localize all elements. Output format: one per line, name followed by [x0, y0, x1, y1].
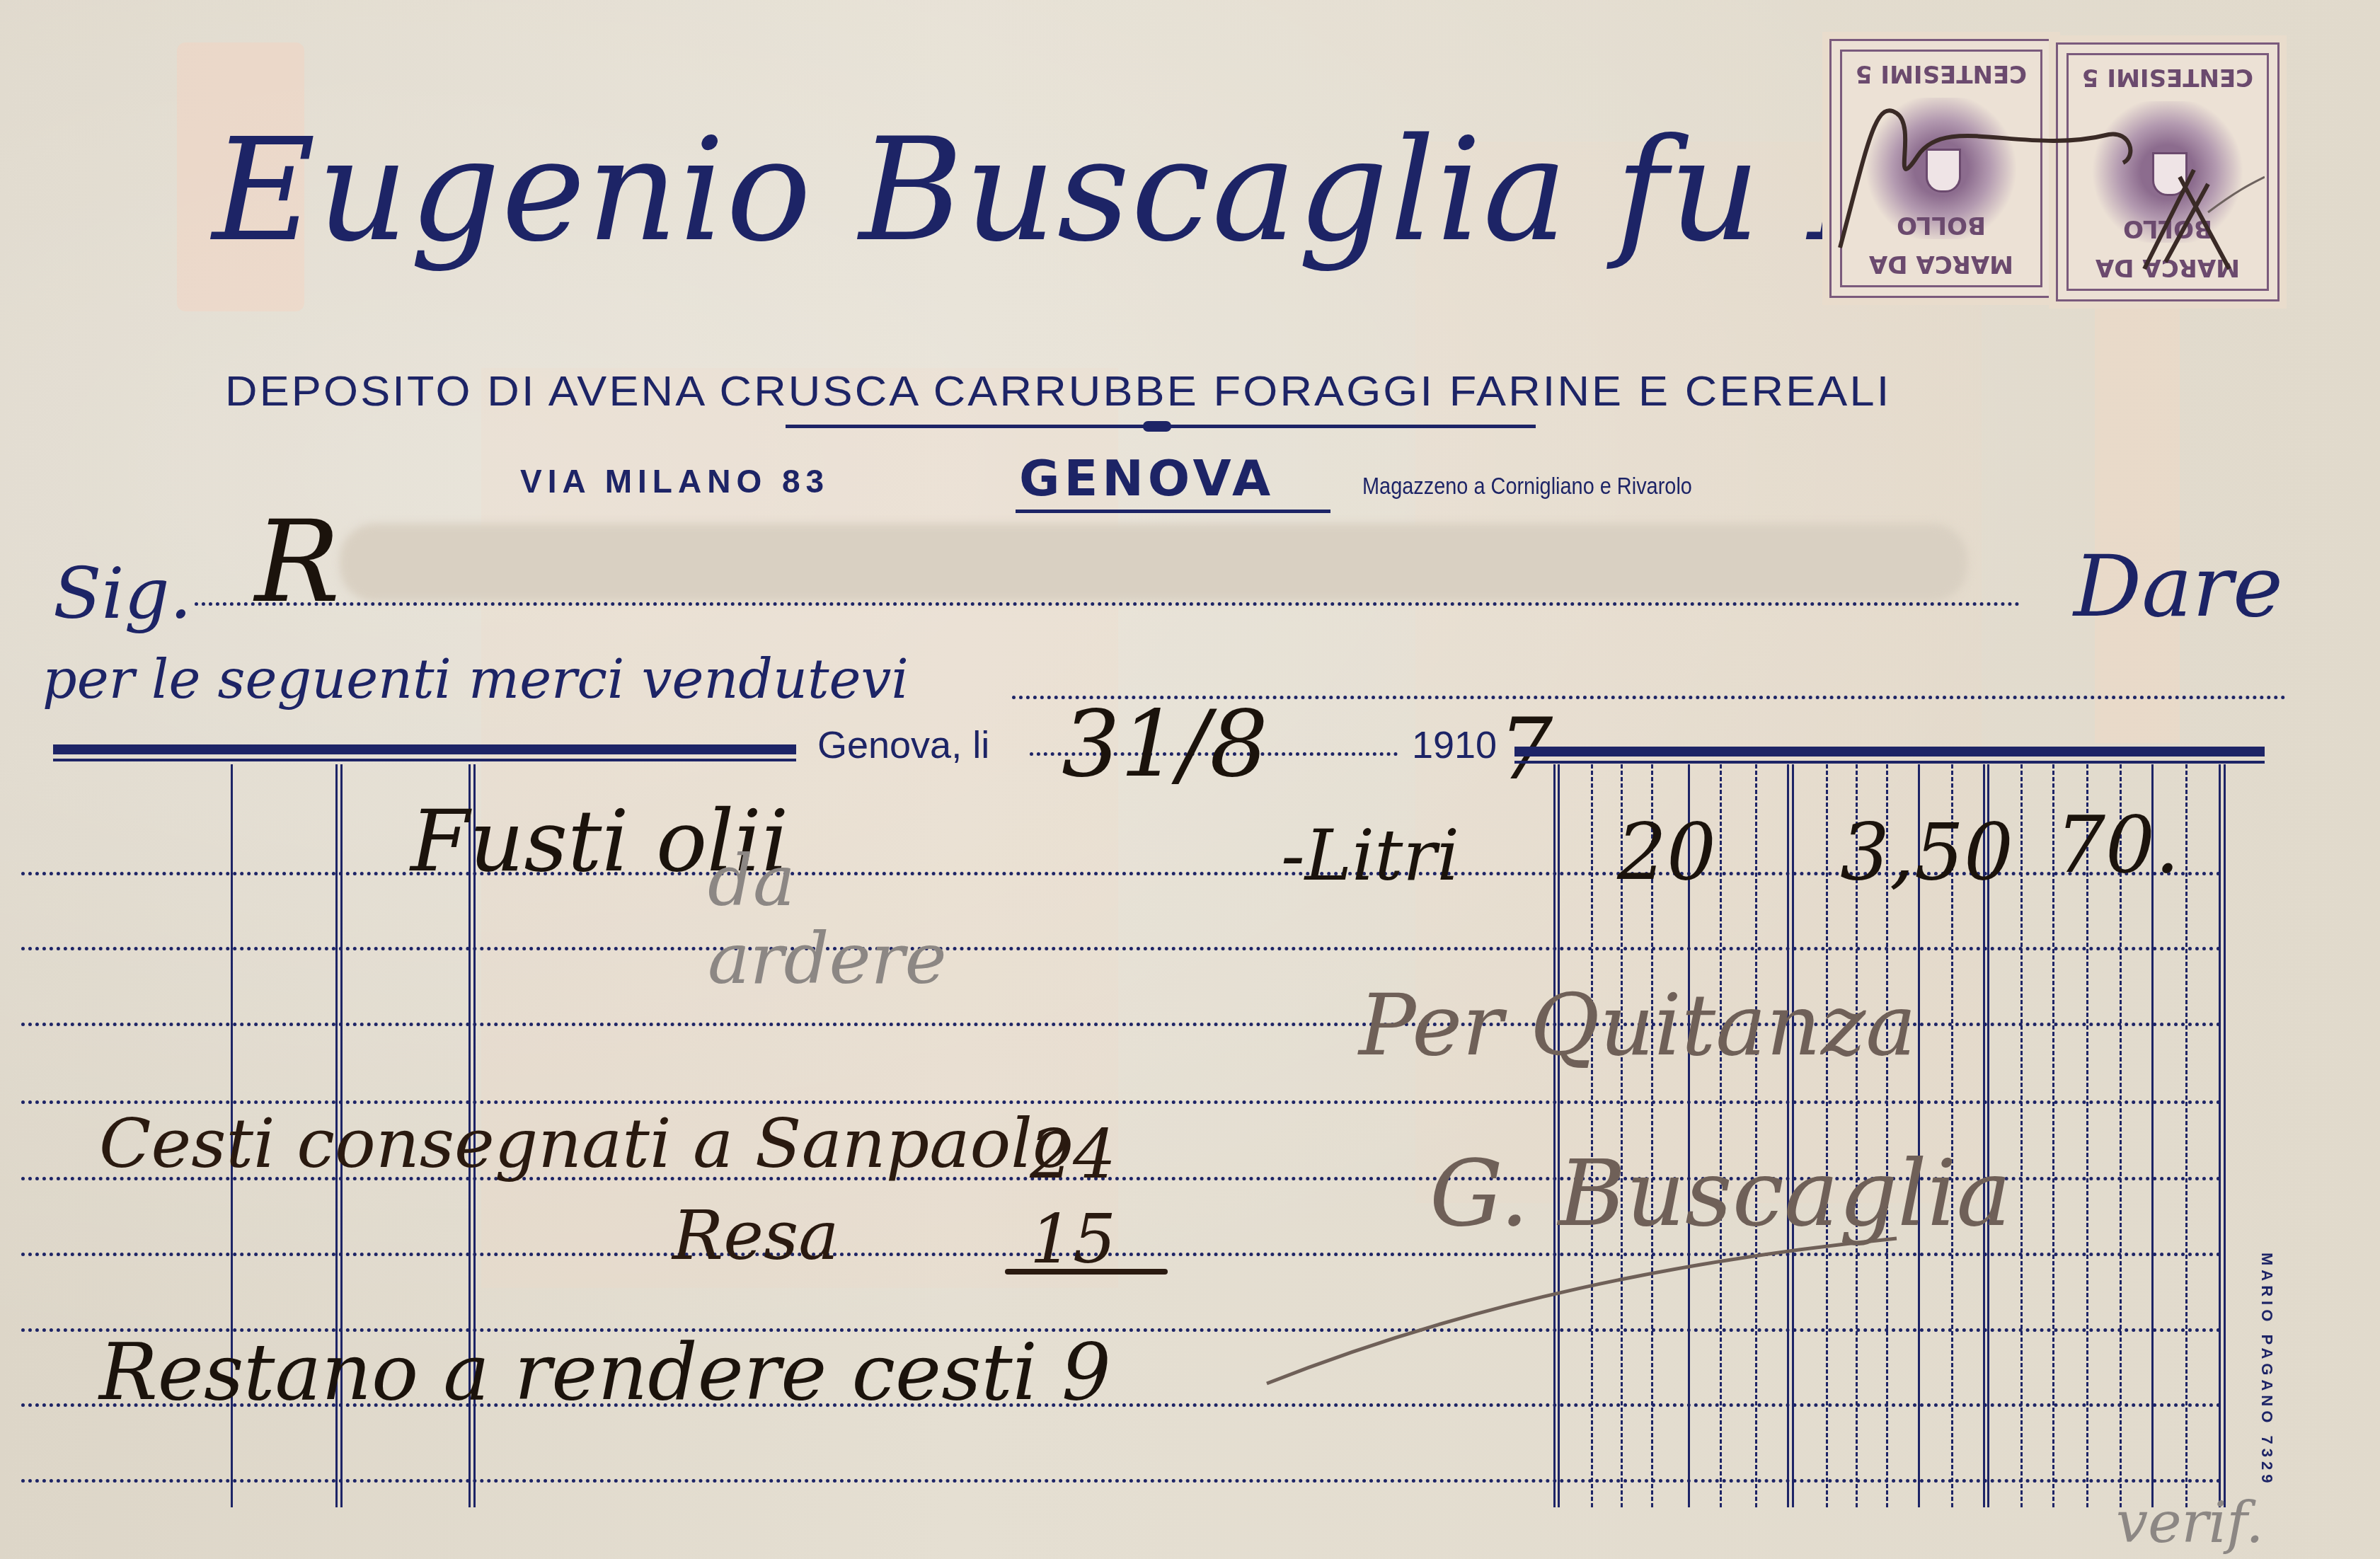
subtraction-underline [1005, 1269, 1168, 1275]
dare-label: Dare [2074, 538, 2283, 636]
grid-row-line [21, 1479, 2222, 1483]
grid-row-line [21, 947, 2222, 950]
customer-name-initial: R [255, 495, 340, 628]
grid-column-line [1553, 764, 1556, 1507]
grid-subcolumn-line [2185, 764, 2188, 1507]
preamble-text: per le seguenti merci vendutevi [42, 648, 909, 711]
header-rule-left [53, 744, 796, 754]
note-baskets-delivered: Cesti consegnati a Sanpaolo [99, 1104, 1074, 1183]
ornament-divider [786, 425, 1536, 428]
grid-column-line [1787, 764, 1789, 1507]
handwritten-date: 31/8 [1062, 690, 1268, 798]
city-underline [1016, 510, 1330, 513]
grid-subcolumn-line [2020, 764, 2023, 1507]
note-remaining: Restano a rendere cesti [99, 1327, 1037, 1417]
stamp-cancellation-icon [1812, 71, 2265, 283]
pencil-verification-mark: verif. [2116, 1490, 2264, 1555]
item-unit: -Litri [1281, 814, 1459, 897]
grid-subcolumn-line [1826, 764, 1828, 1507]
receipt-acknowledgement: Per Quitanza [1359, 977, 1916, 1075]
header-rule-right-thin [1514, 761, 2265, 764]
trade-description: DEPOSITO DI AVENA CRUSCA CARRUBBE FORAGG… [225, 367, 1891, 415]
invoice-paper: Eugenio Buscaglia fu Pe DEPOSITO DI AVEN… [0, 0, 2380, 1559]
customer-dotted-line [195, 602, 2020, 606]
note-remaining-count: 9 [1062, 1327, 1111, 1417]
grid-column-line [1792, 764, 1794, 1507]
printed-year: 1910 [1412, 723, 1497, 767]
item-pencil-annotation: da ardere [708, 842, 962, 998]
printer-imprint: MARIO PAGANO 7329 [2258, 1253, 2276, 1487]
note-baskets-delivered-count: 24 [1030, 1115, 1116, 1194]
grid-column-line [1558, 764, 1560, 1507]
note-returned-count: 15 [1030, 1200, 1116, 1279]
redacted-customer-name [340, 524, 1967, 602]
item-quantity: 20 [1617, 807, 1716, 897]
warehouse-note: Magazzeno a Cornigliano e Rivarolo [1362, 473, 1692, 500]
company-name: Eugenio Buscaglia fu Pe [212, 120, 1984, 262]
header-rule-right [1514, 747, 2265, 757]
grid-subcolumn-line [1591, 764, 1593, 1507]
street-address: VIA MILANO 83 [520, 462, 829, 500]
addressee-prefix: Sig. [53, 552, 192, 635]
dateline-place: Genova, li [817, 723, 989, 767]
header-rule-left-thin [53, 759, 796, 761]
note-returned: Resa [672, 1196, 839, 1275]
grid-subcolumn-line [1755, 764, 1757, 1507]
grid-column-line [2224, 764, 2226, 1507]
grid-column-line [2219, 764, 2221, 1507]
city-name: GENOVA [1019, 449, 1275, 507]
grid-subcolumn-line [2052, 764, 2054, 1507]
item-unit-price: 3,50 [1840, 807, 2013, 897]
item-amount: 70. [2056, 800, 2180, 890]
signature-flourish-icon [1260, 1231, 1932, 1394]
grid-subcolumn-line [1720, 764, 1722, 1507]
